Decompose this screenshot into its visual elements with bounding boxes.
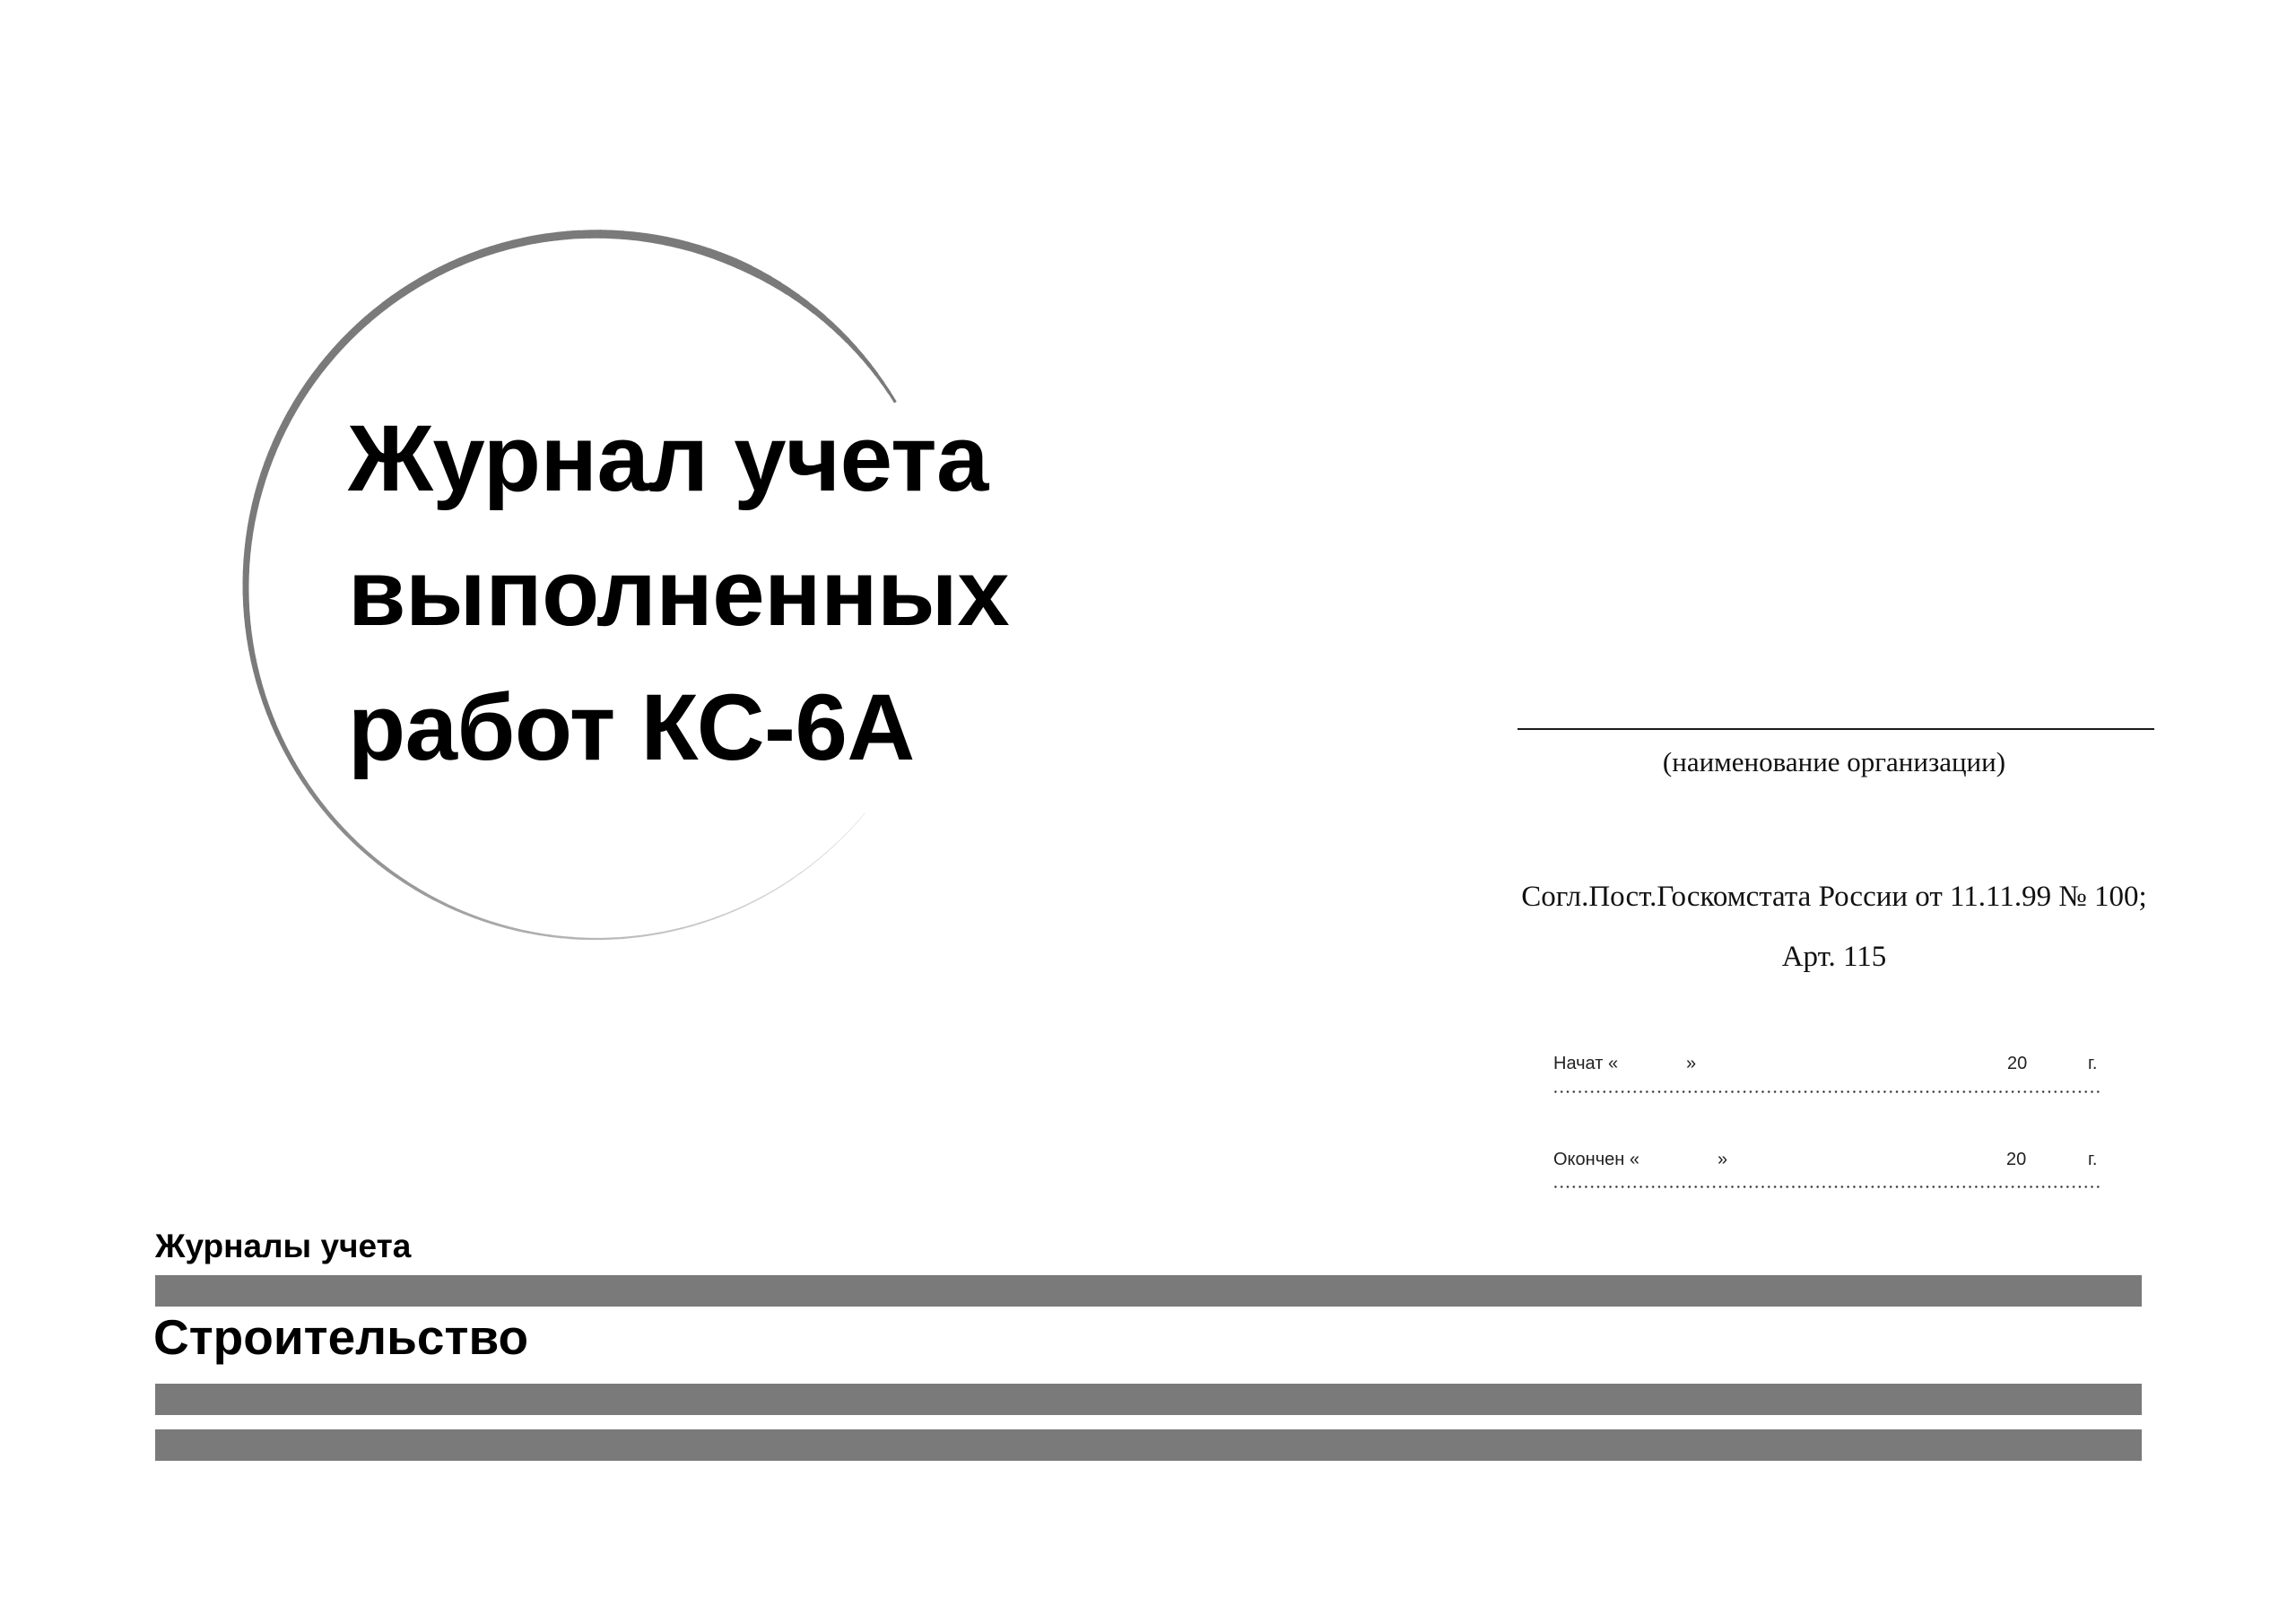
divider-bar-1 — [155, 1275, 2142, 1307]
end-date-label: Окончен « — [1553, 1151, 1639, 1168]
title-line-3: работ КС-6А — [348, 681, 915, 775]
organization-caption: (наименование организации) — [1431, 748, 2238, 776]
start-date-year-prefix: 20 — [2007, 1055, 2027, 1073]
end-date-year-suffix: г. — [2088, 1151, 2097, 1168]
organization-name-blank — [1518, 728, 2154, 730]
approval-reference: Согл.Пост.Госкомстата России от 11.11.99… — [1431, 882, 2238, 912]
title-line-1: Журнал учета — [348, 412, 988, 506]
approval-article: Арт. 115 — [1431, 942, 2238, 972]
start-date-close-quote: » — [1686, 1055, 1696, 1073]
circle-arc-icon — [0, 0, 2296, 1624]
category-label: Журналы учета — [155, 1229, 411, 1263]
divider-bar-2 — [155, 1384, 2142, 1415]
start-date-year-suffix: г. — [2088, 1055, 2097, 1073]
journal-cover-page: Журнал учета выполненных работ КС-6А (на… — [0, 0, 2296, 1624]
subcategory-label: Строительство — [153, 1313, 528, 1362]
divider-bar-3 — [155, 1429, 2142, 1461]
start-date-label: Начат « — [1553, 1055, 1618, 1073]
start-date-dotted-line — [1552, 1090, 2101, 1093]
end-date-dotted-line — [1552, 1185, 2101, 1188]
end-date-year-prefix: 20 — [2006, 1151, 2026, 1168]
title-line-2: выполненных — [348, 546, 1009, 640]
end-date-close-quote: » — [1718, 1151, 1727, 1168]
